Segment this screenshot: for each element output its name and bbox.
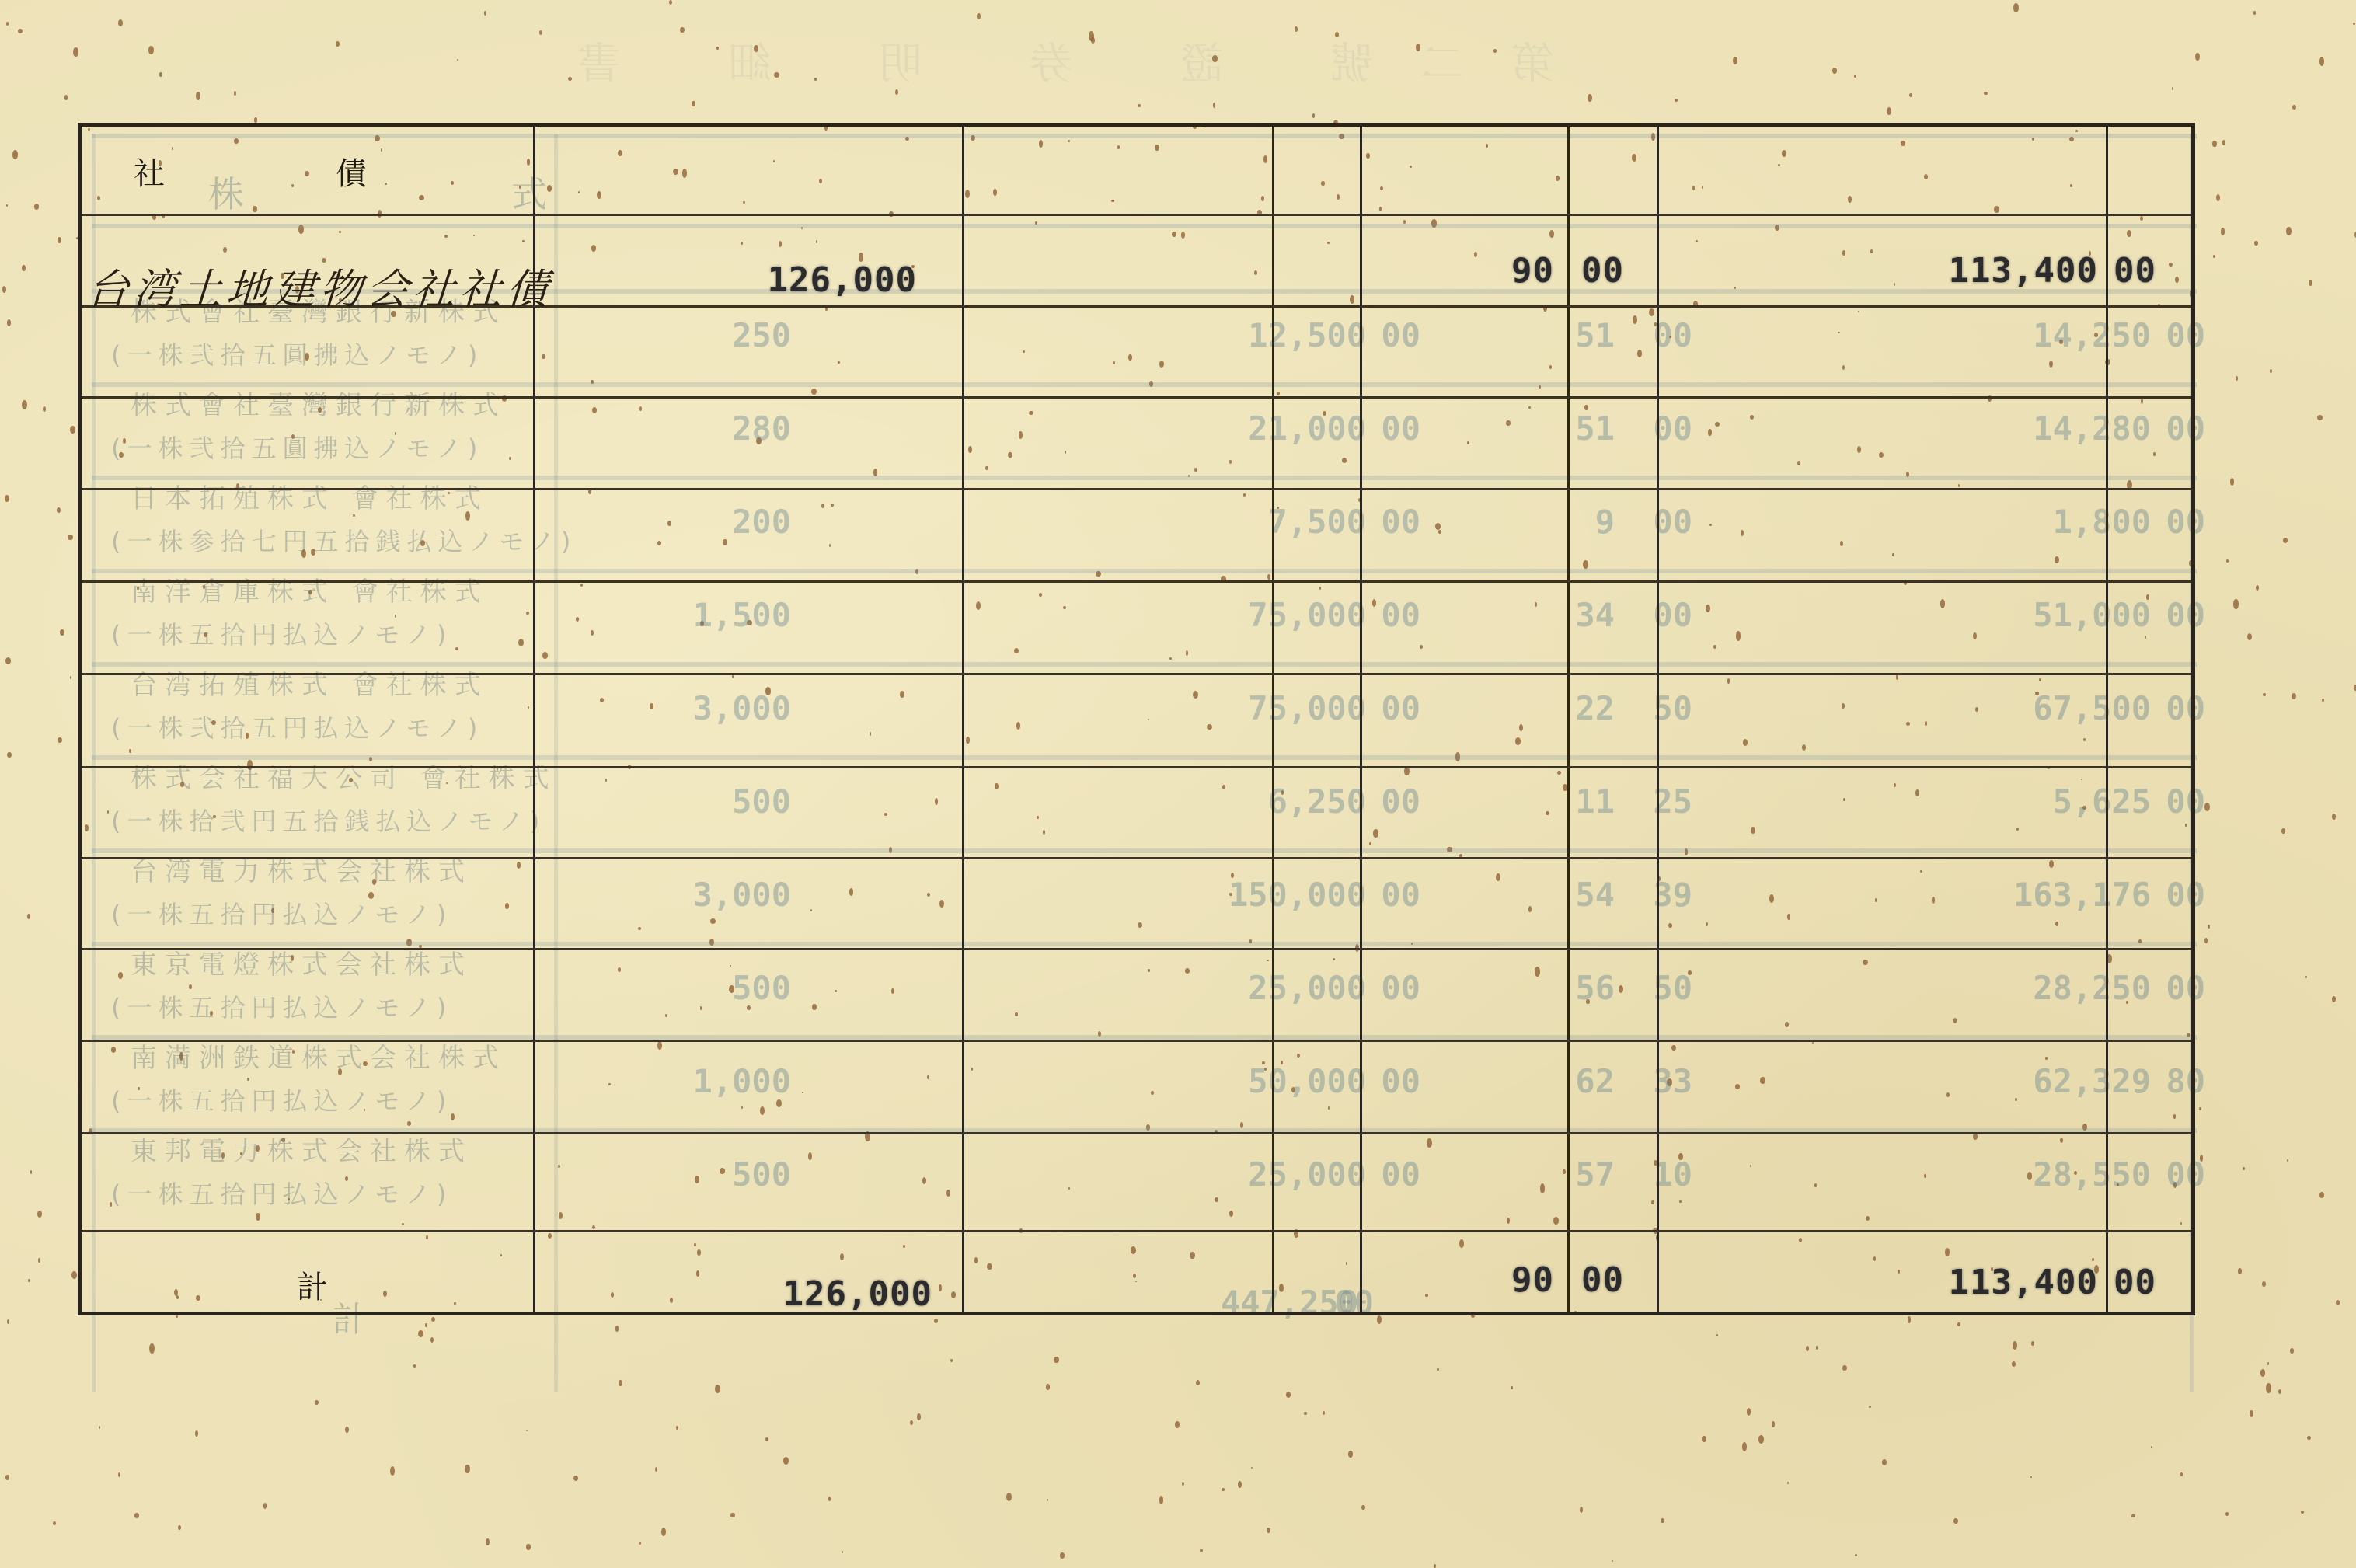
row-divider — [82, 580, 2191, 583]
row-divider — [82, 396, 2191, 399]
col-divider — [1657, 124, 1659, 1313]
row-divider — [82, 214, 2191, 216]
col-divider — [2106, 124, 2108, 1313]
bleed-through-title: 第二號 證 券 明 細 書 — [777, 30, 1554, 92]
bond-quantity: 126,000 — [684, 260, 917, 300]
row-divider — [82, 1132, 2191, 1134]
total-label: 計 — [297, 1263, 328, 1307]
row-divider — [82, 948, 2191, 950]
row-divider — [82, 488, 2191, 490]
total-unit-price-sen: 00 — [1515, 1260, 1624, 1300]
total-quantity: 126,000 — [684, 1274, 932, 1314]
bond-unit-price-sen: 00 — [1515, 251, 1624, 291]
col-divider — [1272, 124, 1274, 1313]
header-label-sai: 債 — [336, 149, 367, 193]
row-divider — [82, 1230, 2191, 1232]
row-divider — [82, 673, 2191, 675]
col-divider — [1360, 124, 1362, 1313]
bond-amount-yen: 113,400 — [1849, 251, 2098, 291]
col-divider — [962, 124, 964, 1313]
row-divider — [82, 1040, 2191, 1042]
total-amount-yen: 113,400 — [1849, 1263, 2098, 1302]
bond-name: 台湾土地建物会社社債 — [85, 256, 555, 316]
header-label-sha: 社 — [134, 149, 165, 193]
bond-amount-sen: 00 — [2114, 251, 2183, 291]
row-divider — [82, 766, 2191, 768]
col-divider — [1567, 124, 1570, 1313]
total-amount-sen: 00 — [2114, 1263, 2183, 1302]
row-divider — [82, 857, 2191, 859]
